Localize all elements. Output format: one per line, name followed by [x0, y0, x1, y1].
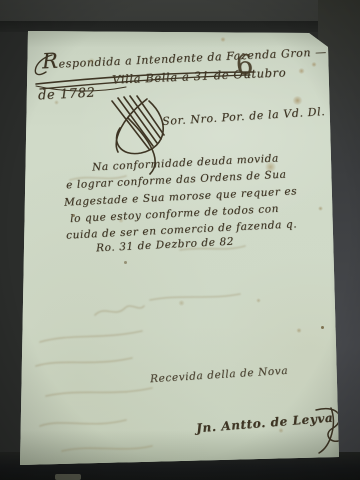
backdrop-bottom-sliver — [55, 474, 81, 480]
backdrop-top-seam — [0, 21, 360, 32]
folio-number: 6 — [234, 49, 255, 82]
header-line-3: de 1782 — [38, 86, 96, 104]
manuscript-page: Respondida a Intendente da Fazenda Gron … — [0, 0, 360, 480]
backdrop-top-band — [0, 0, 360, 21]
